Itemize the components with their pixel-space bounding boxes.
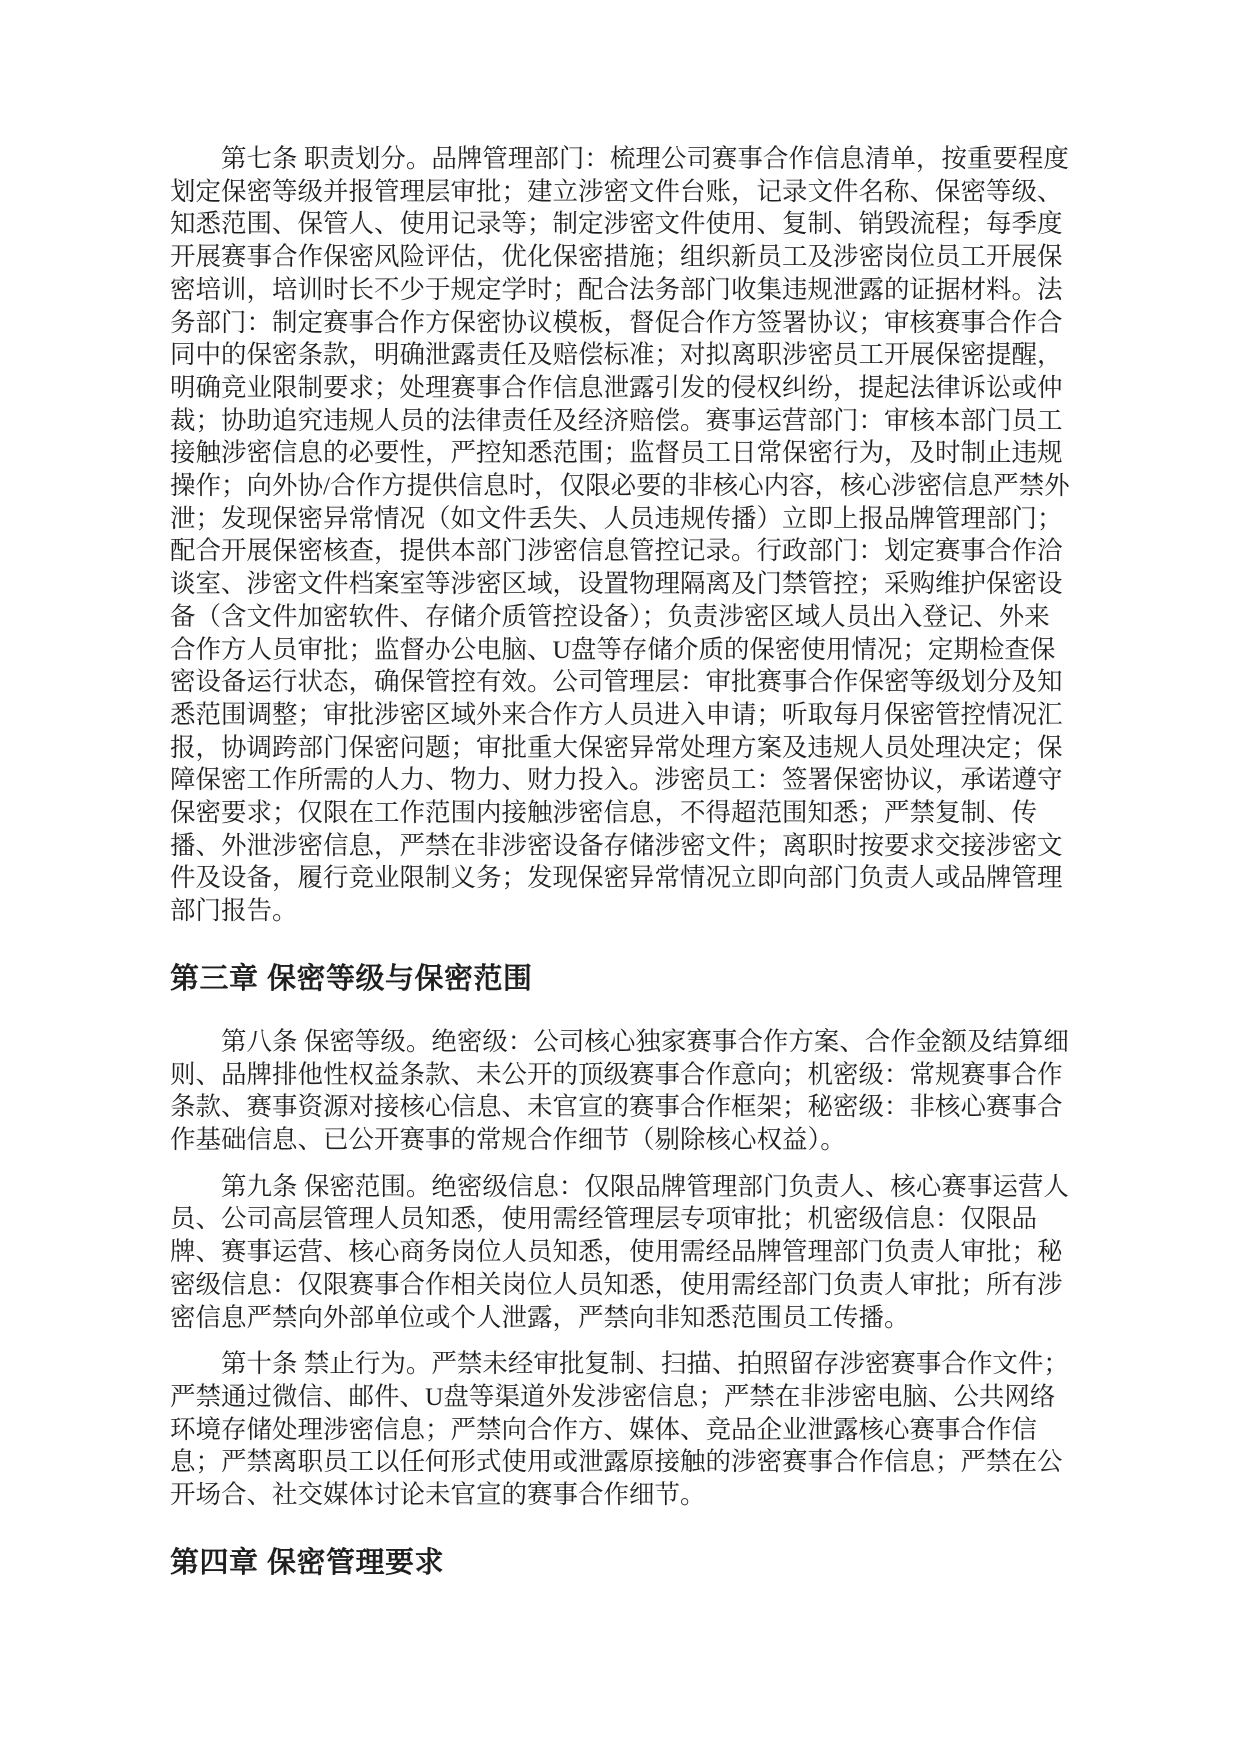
article-9-paragraph: 第九条 保密范围。绝密级信息：仅限品牌管理部门负责人、核心赛事运营人员、公司高层…: [170, 1171, 1070, 1335]
chapter-4-heading: 第四章 保密管理要求: [170, 1544, 1070, 1582]
document-page: 第七条 职责划分。品牌管理部门：梳理公司赛事合作信息清单，按重要程度划定保密等级…: [0, 0, 1240, 1753]
chapter-3-heading: 第三章 保密等级与保密范围: [170, 960, 1070, 998]
article-10-paragraph: 第十条 禁止行为。严禁未经审批复制、扫描、拍照留存涉密赛事合作文件；严禁通过微信…: [170, 1348, 1070, 1512]
article-7-paragraph: 第七条 职责划分。品牌管理部门：梳理公司赛事合作信息清单，按重要程度划定保密等级…: [170, 143, 1070, 928]
article-8-paragraph: 第八条 保密等级。绝密级：公司核心独家赛事合作方案、合作金额及结算细则、品牌排他…: [170, 1026, 1070, 1157]
